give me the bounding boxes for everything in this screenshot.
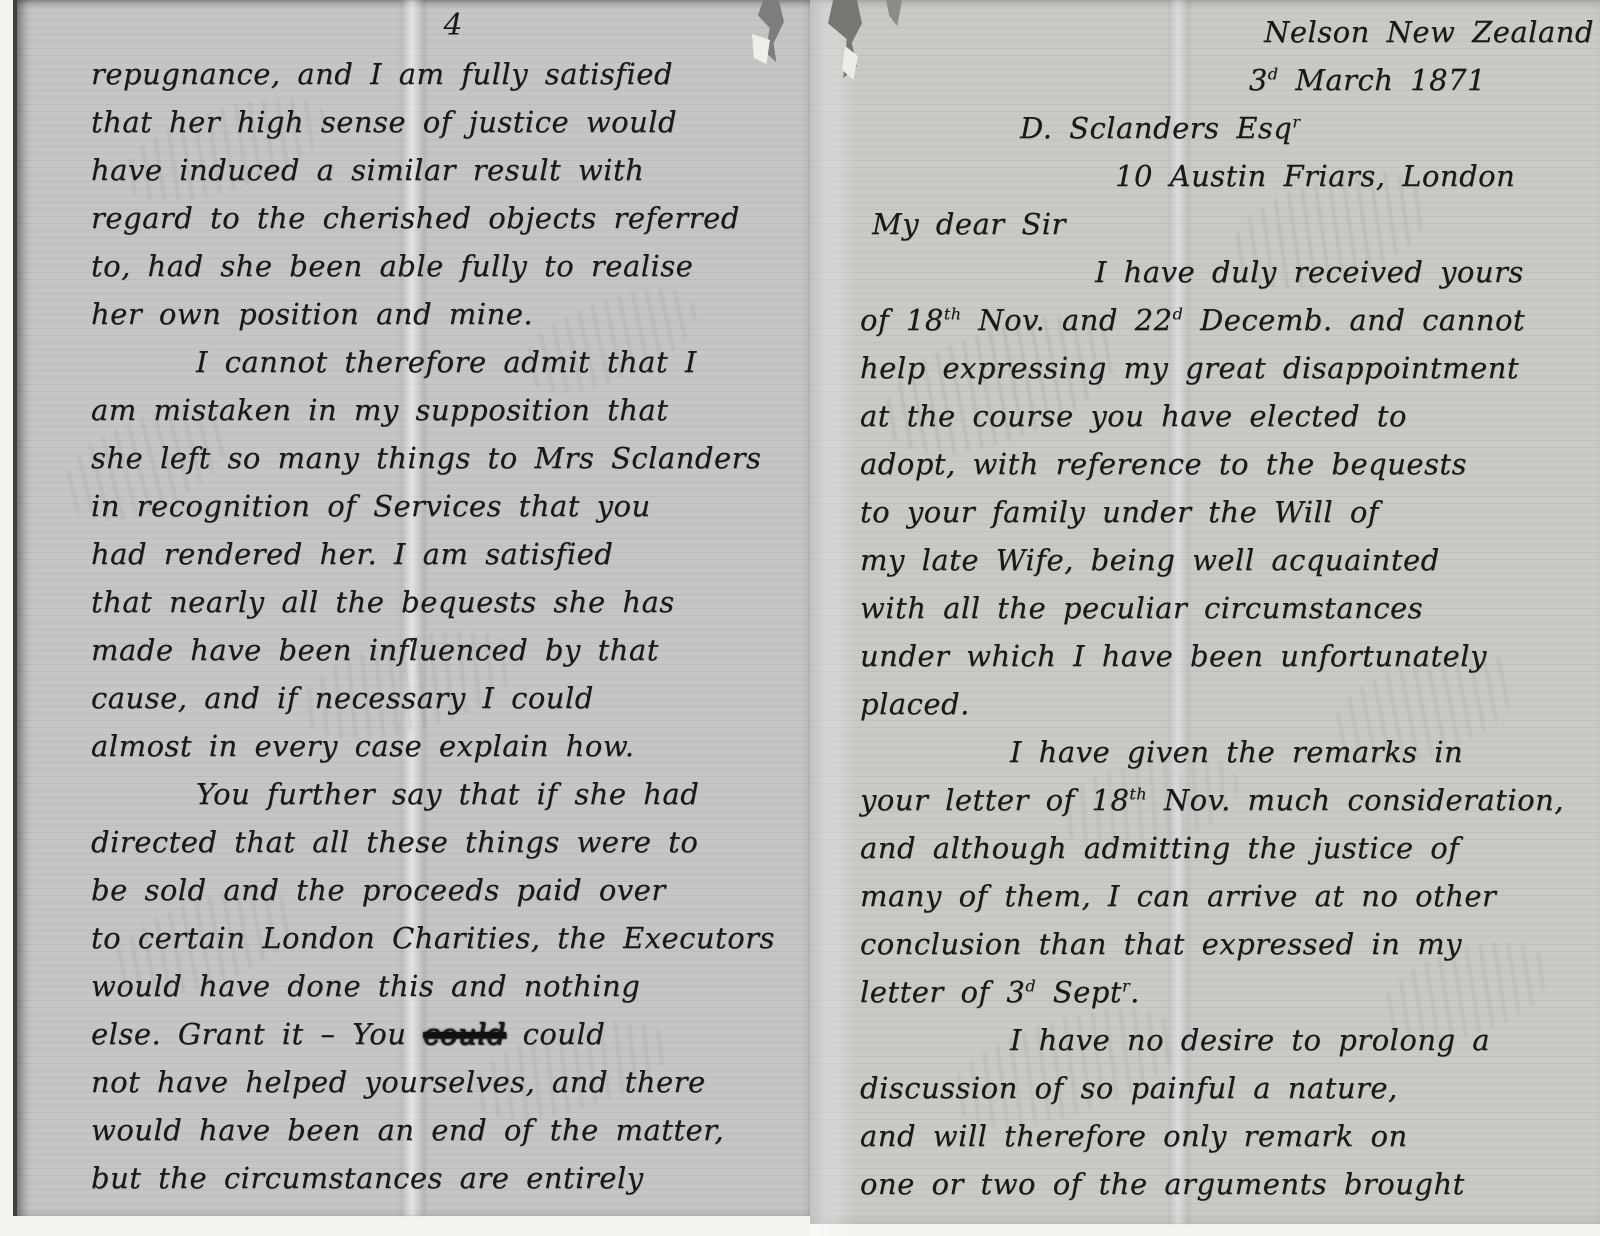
handwritten-line: and will therefore only remark on <box>860 1112 1600 1160</box>
handwritten-line: directed that all these things were to <box>91 818 815 866</box>
handwritten-line: cause, and if necessary I could <box>91 674 815 722</box>
handwritten-line: help expressing my great disappointment <box>860 344 1600 392</box>
handwritten-line: and although admitting the justice of <box>860 824 1600 872</box>
handwritten-line: discussion of so painful a nature, <box>860 1064 1600 1112</box>
place-line: Nelson New Zealand <box>860 8 1600 56</box>
left-page-text: 4 repugnance, and I am fully satisfiedth… <box>91 6 815 1202</box>
left-page-body: repugnance, and I am fully satisfiedthat… <box>91 50 815 1202</box>
recipient-name-line: D. Sclanders Esqr <box>860 104 1600 152</box>
handwritten-line: her own position and mine. <box>91 290 815 338</box>
handwritten-line: adopt, with reference to the bequests <box>860 440 1600 488</box>
handwritten-line: your letter of 18th Nov. much considerat… <box>860 776 1600 824</box>
handwritten-line: placed. <box>860 680 1600 728</box>
handwritten-line: letter of 3d Septr. <box>860 968 1600 1016</box>
recipient-address-line: 10 Austin Friars, London <box>860 152 1600 200</box>
handwritten-line: under which I have been unfortunately <box>860 632 1600 680</box>
handwritten-line: but the circumstances are entirely <box>91 1154 815 1202</box>
handwritten-line: not have helped yourselves, and there <box>91 1058 815 1106</box>
handwritten-line: I have given the remarks in <box>860 728 1600 776</box>
handwritten-line: of 18th Nov. and 22d Decemb. and cannot <box>860 296 1600 344</box>
handwritten-line: I cannot therefore admit that I <box>91 338 815 386</box>
handwritten-line: with all the peculiar circumstances <box>860 584 1600 632</box>
handwritten-line: one or two of the arguments brought <box>860 1160 1600 1208</box>
letter-scan: 4 repugnance, and I am fully satisfiedth… <box>0 0 1600 1236</box>
handwritten-line: would have been an end of the matter, <box>91 1106 815 1154</box>
salutation-line: My dear Sir <box>860 200 1600 248</box>
handwritten-line: almost in every case explain how. <box>91 722 815 770</box>
handwritten-line: she left so many things to Mrs Sclanders <box>91 434 815 482</box>
handwritten-line: conclusion than that expressed in my <box>860 920 1600 968</box>
handwritten-line: made have been influenced by that <box>91 626 815 674</box>
handwritten-line: many of them, I can arrive at no other <box>860 872 1600 920</box>
handwritten-line: in recognition of Services that you <box>91 482 815 530</box>
handwritten-line: to your family under the Will of <box>860 488 1600 536</box>
handwritten-line: would have done this and nothing <box>91 962 815 1010</box>
handwritten-line: had rendered her. I am satisfied <box>91 530 815 578</box>
letter-page-right: Nelson New Zealand 3d March 1871 D. Scla… <box>810 0 1600 1224</box>
handwritten-line: to certain London Charities, the Executo… <box>91 914 815 962</box>
letter-page-left: 4 repugnance, and I am fully satisfiedth… <box>13 0 812 1216</box>
right-page-text: Nelson New Zealand 3d March 1871 D. Scla… <box>860 8 1600 1208</box>
page-number: 4 <box>91 6 815 50</box>
handwritten-line: have induced a similar result with <box>91 146 815 194</box>
date-line: 3d March 1871 <box>860 56 1600 104</box>
handwritten-line: my late Wife, being well acquainted <box>860 536 1600 584</box>
handwritten-line: am mistaken in my supposition that <box>91 386 815 434</box>
handwritten-line: at the course you have elected to <box>860 392 1600 440</box>
handwritten-line: regard to the cherished objects referred <box>91 194 815 242</box>
handwritten-line: I have duly received yours <box>860 248 1600 296</box>
handwritten-line: repugnance, and I am fully satisfied <box>91 50 815 98</box>
handwritten-line: I have no desire to prolong a <box>860 1016 1600 1064</box>
handwritten-line: to, had she been able fully to realise <box>91 242 815 290</box>
handwritten-line: else. Grant it – You could could <box>91 1010 815 1058</box>
handwritten-line: be sold and the proceeds paid over <box>91 866 815 914</box>
handwritten-line: that her high sense of justice would <box>91 98 815 146</box>
right-page-body: I have duly received yoursof 18th Nov. a… <box>860 248 1600 1208</box>
handwritten-line: You further say that if she had <box>91 770 815 818</box>
handwritten-line: that nearly all the bequests she has <box>91 578 815 626</box>
